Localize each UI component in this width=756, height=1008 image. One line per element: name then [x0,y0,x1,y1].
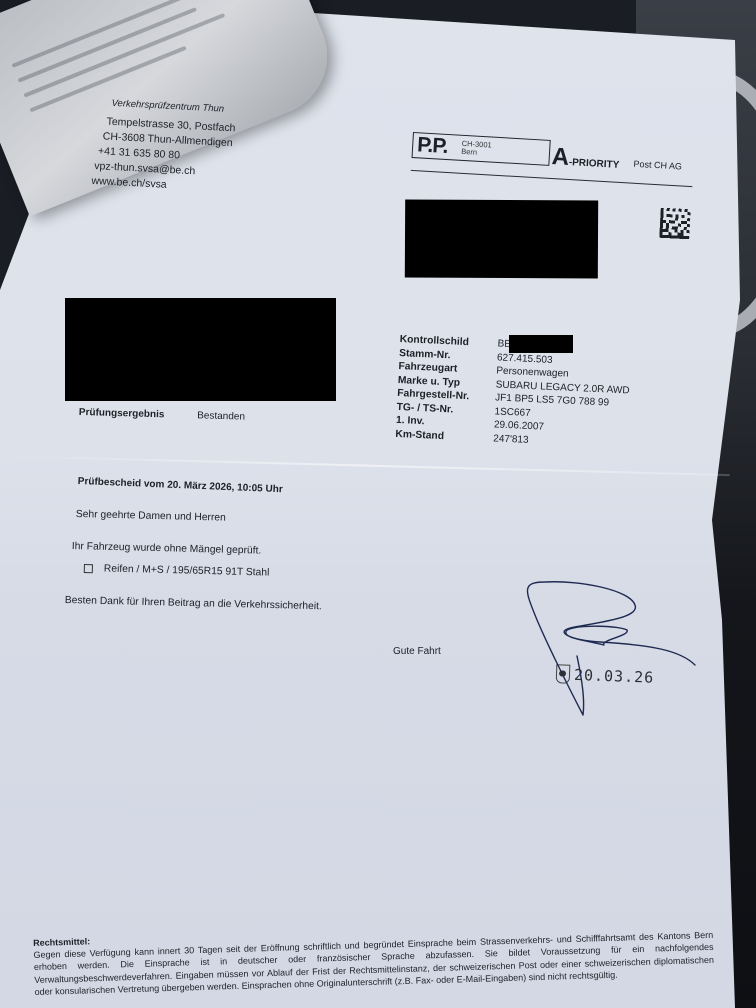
sender-name: Verkehrsprüfzentrum Thun [111,96,237,118]
letter: Verkehrsprüfzentrum Thun Tempelstrasse 3… [0,0,756,1008]
pp-mark: P.P. [417,133,449,159]
priority-mark: A-PRIORITY [551,143,620,175]
decision-heading: Prüfbescheid vom 20. März 2026, 10:05 Uh… [78,476,283,495]
redacted-recipient-address [405,199,598,278]
checklist-item: Reifen / M+S / 195/65R15 91T Stahl [84,563,270,579]
pp-city: Bern [461,147,477,157]
pp-box: P.P. CH-3001 Bern [412,132,551,166]
carrier-label: Post CH AG [633,159,682,172]
datamatrix-code-icon [659,207,691,240]
result-label: Prüfungsergebnis [79,407,165,420]
redacted-owner-block [65,298,336,401]
redacted-plate-number [509,335,573,353]
priority-label: -PRIORITY [569,157,620,171]
result-value: Bestanden [197,410,245,422]
checklist-item-text: Reifen / M+S / 195/65R15 91T Stahl [104,563,270,578]
checkbox-icon [84,564,93,573]
stamp-date: 20.03.26 [574,665,655,686]
legal-notice: Rechtsmittel: Gegen diese Verfügung kann… [33,917,715,998]
field-value: 247'813 [493,432,529,447]
inspection-result: Prüfungsergebnis Bestanden [79,407,245,423]
postage-block: P.P. CH-3001 Bern A-PRIORITY Post CH AG [412,132,551,166]
pp-address: CH-3001 Bern [461,140,492,158]
inspection-statement: Ihr Fahrzeug wurde ohne Mängel geprüft. [72,541,262,557]
priority-a: A [551,143,570,171]
postage-rule [411,170,693,187]
sender-address: Verkehrsprüfzentrum Thun Tempelstrasse 3… [91,95,237,196]
salutation: Sehr geehrte Damen und Herren [76,509,226,524]
closing: Gute Fahrt [393,646,441,657]
date-stamp: 20.03.26 [556,664,655,686]
bern-crest-icon [556,664,571,683]
thanks-line: Besten Dank für Ihren Beitrag an die Ver… [65,595,322,612]
